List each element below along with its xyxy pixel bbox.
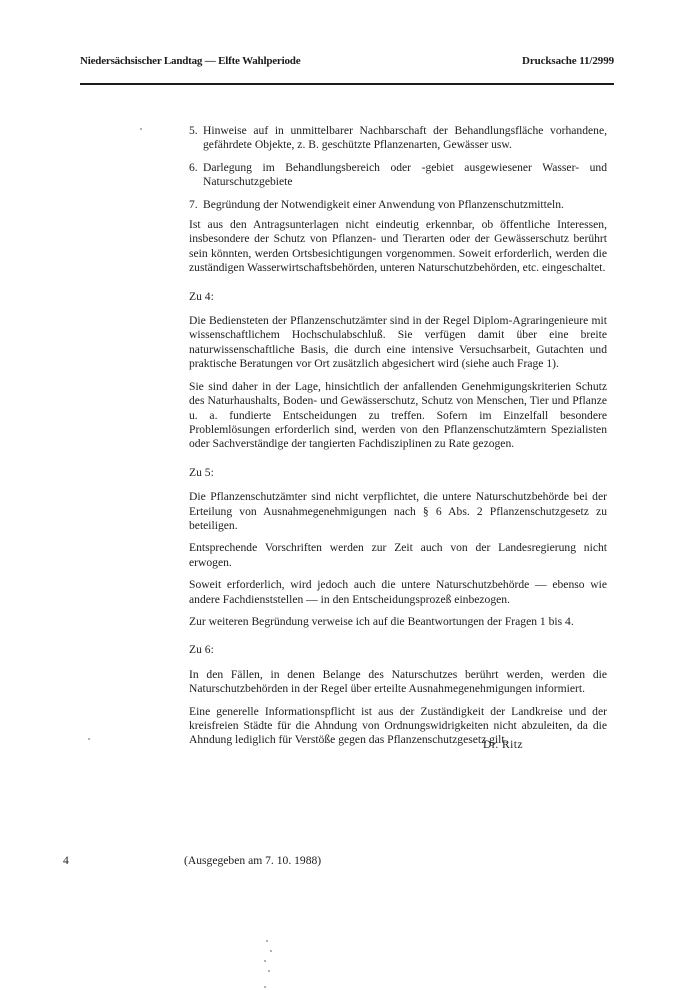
paragraph: Zur weiteren Begründung verweise ich auf… bbox=[189, 615, 607, 629]
document-page: Niedersächsischer Landtag — Elfte Wahlpe… bbox=[0, 0, 700, 990]
scan-artifact bbox=[268, 970, 270, 972]
scan-artifact bbox=[264, 960, 266, 962]
page-header: Niedersächsischer Landtag — Elfte Wahlpe… bbox=[80, 55, 614, 73]
page-number: 4 bbox=[63, 854, 69, 867]
paragraph: Die Pflanzenschutzämter sind nicht verpf… bbox=[189, 490, 607, 533]
document-number: Drucksache 11/2999 bbox=[522, 55, 614, 67]
list-item-number: 5. bbox=[189, 124, 203, 153]
list-item-number: 7. bbox=[189, 198, 203, 212]
issue-date: (Ausgegeben am 7. 10. 1988) bbox=[184, 854, 321, 867]
list-item-number: 6. bbox=[189, 161, 203, 190]
list-item-text: Darlegung im Behandlungsbereich oder -ge… bbox=[203, 161, 607, 190]
intro-paragraph: Ist aus den Antragsunterlagen nicht eind… bbox=[189, 218, 607, 276]
header-title: Niedersächsischer Landtag — Elfte Wahlpe… bbox=[80, 55, 300, 67]
header-divider bbox=[80, 83, 614, 85]
scan-artifact bbox=[140, 128, 142, 130]
list-item: 5. Hinweise auf in unmittelbarer Nachbar… bbox=[189, 124, 607, 153]
scan-artifact bbox=[88, 738, 90, 740]
document-body: 5. Hinweise auf in unmittelbarer Nachbar… bbox=[189, 124, 607, 756]
scan-artifact bbox=[264, 986, 266, 988]
list-item-text: Begründung der Notwendigkeit einer Anwen… bbox=[203, 198, 607, 212]
paragraph: In den Fällen, in denen Belange des Natu… bbox=[189, 668, 607, 697]
paragraph: Eine generelle Informationspflicht ist a… bbox=[189, 705, 607, 748]
paragraph: Soweit erforderlich, wird jedoch auch di… bbox=[189, 578, 607, 607]
scan-artifact bbox=[270, 950, 272, 952]
section-heading-zu-6: Zu 6: bbox=[189, 643, 607, 657]
section-heading-zu-4: Zu 4: bbox=[189, 290, 607, 304]
list-item-text: Hinweise auf in unmittelbarer Nachbarsch… bbox=[203, 124, 607, 153]
paragraph: Sie sind daher in der Lage, hinsichtlich… bbox=[189, 380, 607, 452]
list-item: 6. Darlegung im Behandlungsbereich oder … bbox=[189, 161, 607, 190]
paragraph: Entsprechende Vorschriften werden zur Ze… bbox=[189, 541, 607, 570]
list-item: 7. Begründung der Notwendigkeit einer An… bbox=[189, 198, 607, 212]
paragraph: Die Bediensteten der Pflanzenschutzämter… bbox=[189, 314, 607, 372]
signature: Dr. Ritz bbox=[483, 738, 523, 751]
scan-artifact bbox=[266, 940, 268, 942]
section-heading-zu-5: Zu 5: bbox=[189, 466, 607, 480]
